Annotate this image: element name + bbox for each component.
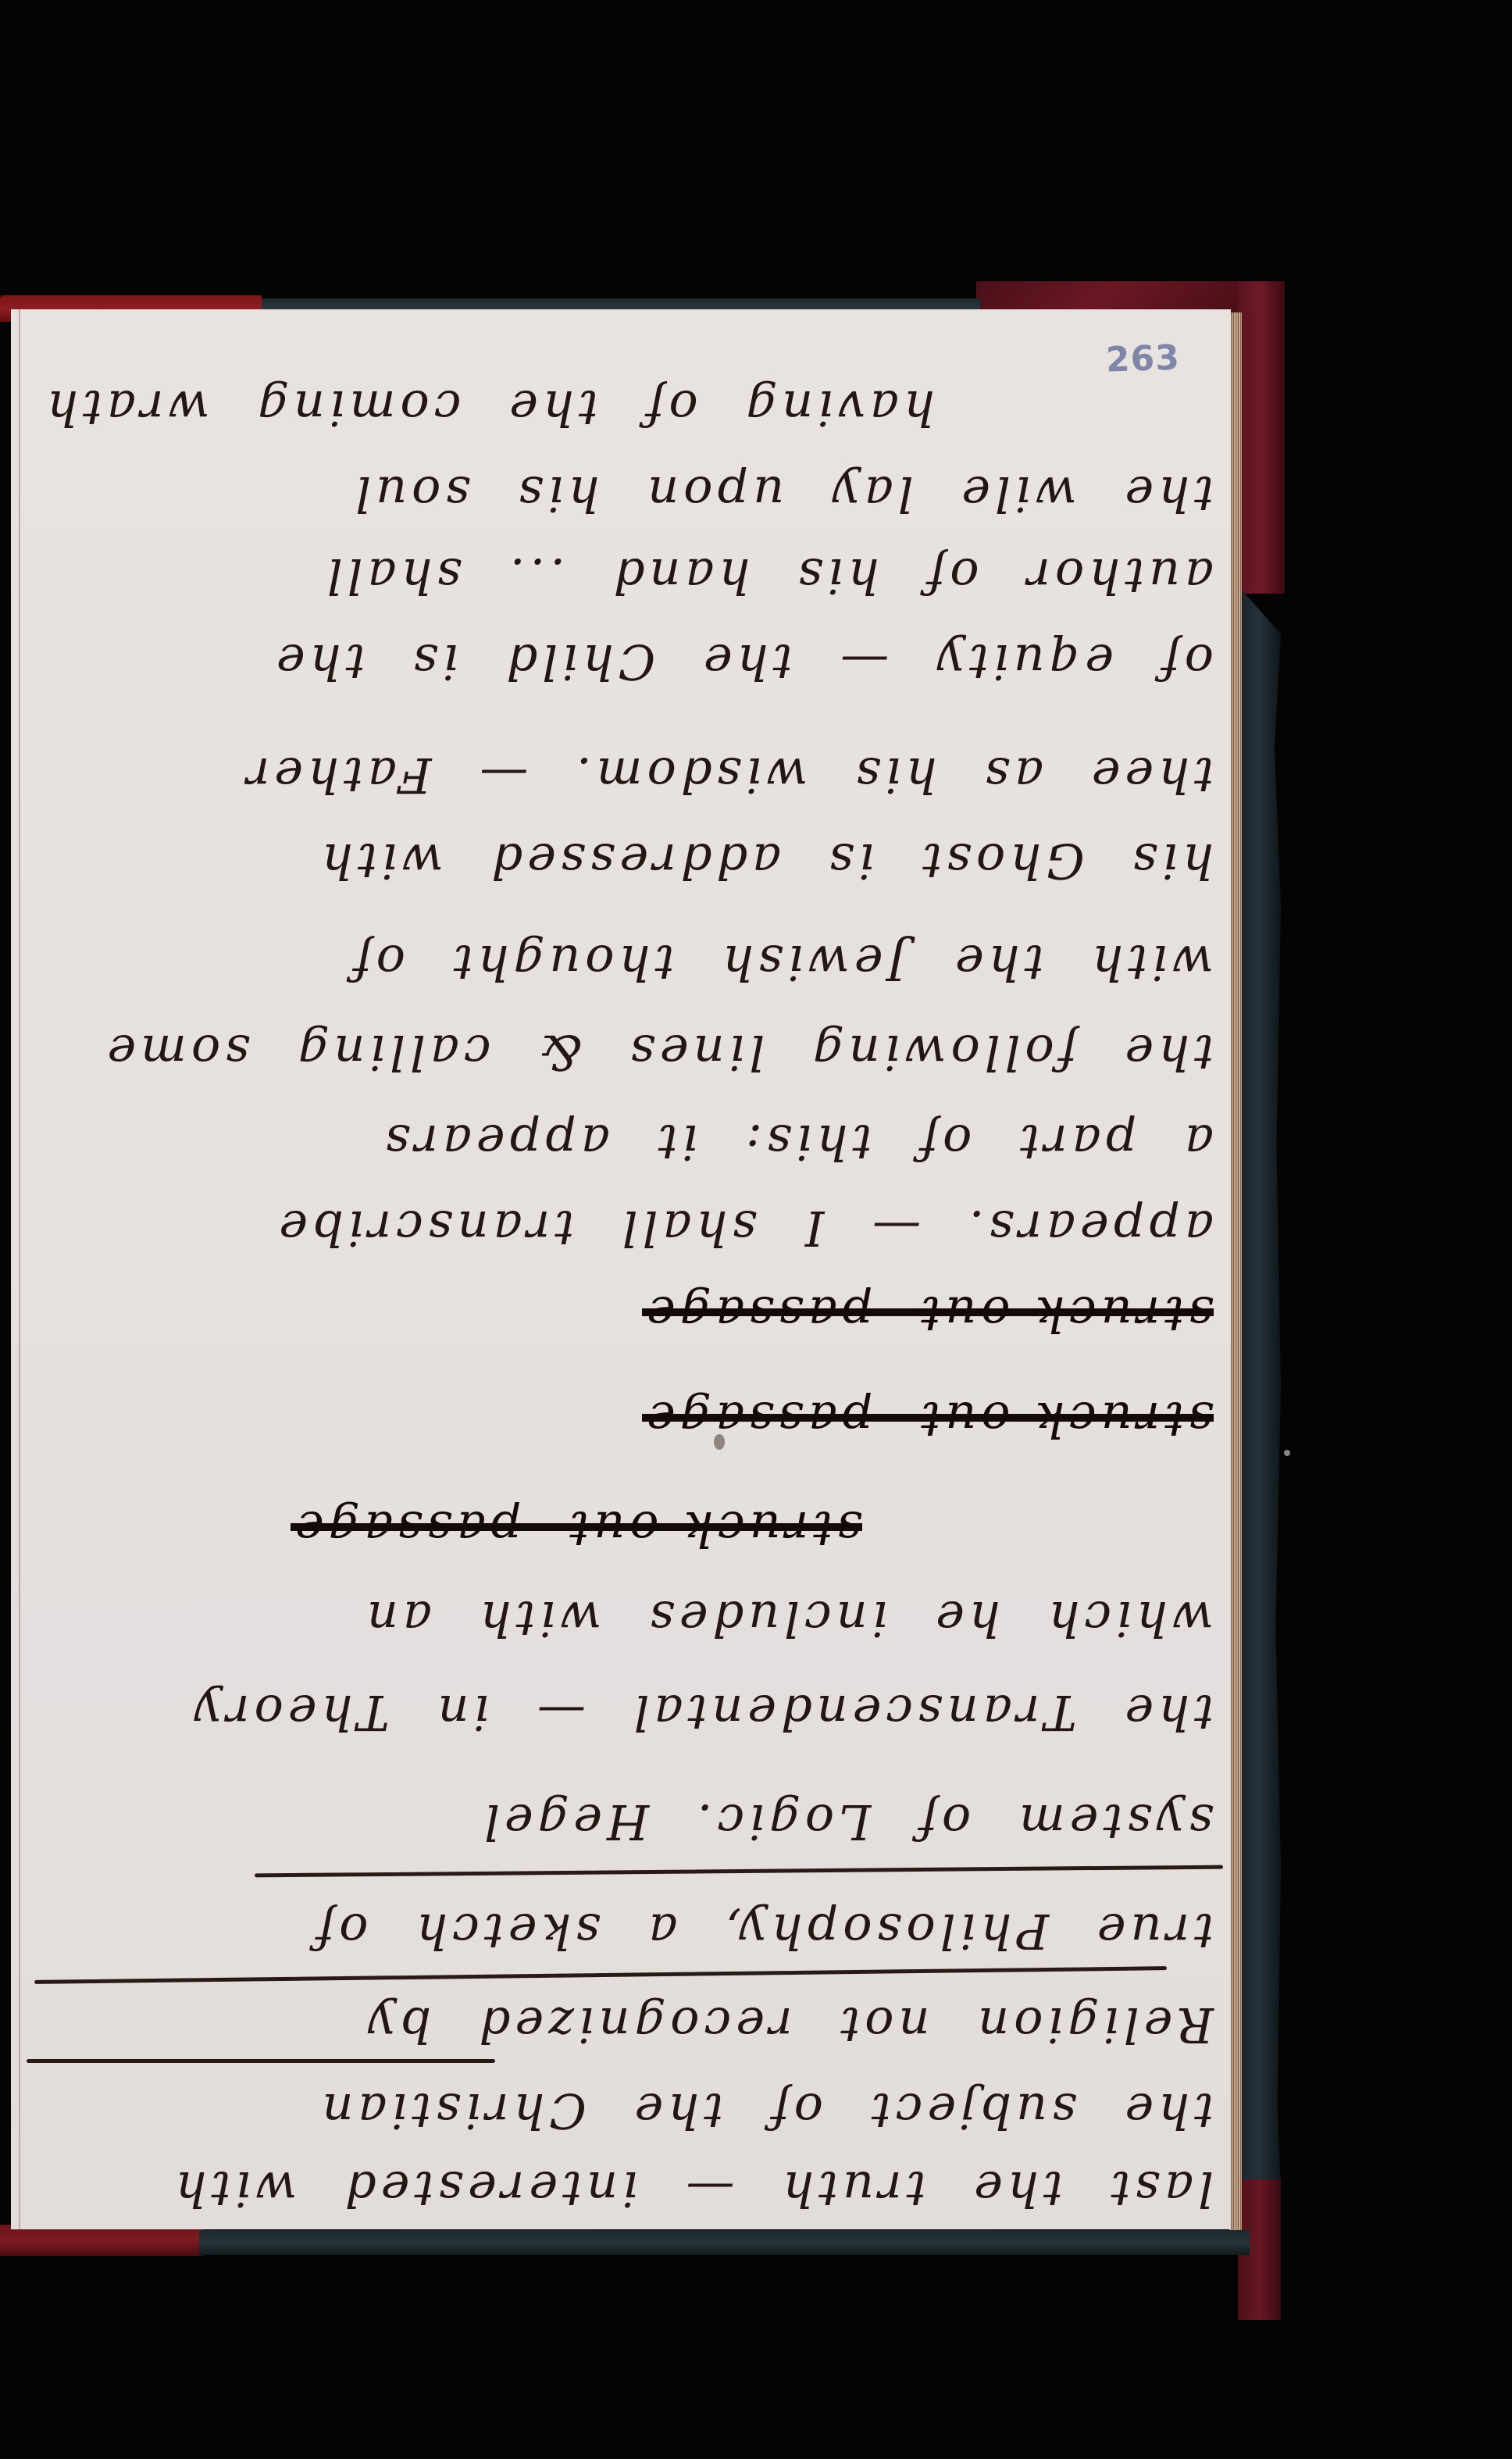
text-line: the following lines & calling some — [42, 1024, 1214, 1081]
binding-corner-bottom-left — [0, 2225, 203, 2256]
text-line: last the truth — interested with — [42, 2161, 1214, 2218]
struck-text-line: struck-out passage — [89, 1391, 1214, 1448]
struck-text-line: struck-out passage — [42, 1286, 1214, 1343]
text-line: having of the coming wrath — [42, 380, 1214, 437]
text-line: Religion not recognized by — [42, 1997, 1214, 2054]
text-line: the Transcendental — in Theory — [42, 1684, 1214, 1741]
text-line: the subject of the Christian — [42, 2082, 1214, 2140]
text-line: appears. — I shall transcribe — [42, 1200, 1214, 1257]
text-line: which he includes with an — [42, 1590, 1214, 1647]
text-line: a part of this: it appears — [42, 1114, 1214, 1171]
text-line: true Philosophy, a sketch of — [42, 1903, 1214, 1960]
gutter-line — [19, 309, 20, 2229]
text-line: of equity — the Child is the — [42, 633, 1214, 691]
text-line: the wile lay upon his soul — [42, 466, 1214, 523]
struck-text-line: struck-out passage — [42, 1501, 862, 1558]
text-line: author of his hand ... shall — [42, 548, 1214, 605]
text-line: system of Logic. Hegel — [42, 1793, 1214, 1850]
binding-spine-red-upper — [1238, 281, 1285, 594]
underline-rule — [27, 2059, 495, 2063]
binding-edge-right-marbled — [1238, 586, 1281, 2187]
handwritten-text: having of the coming wrath the wile lay … — [42, 309, 1214, 2229]
notebook: 263 having of the coming wrath the wile … — [0, 281, 1281, 2281]
manuscript-page: 263 having of the coming wrath the wile … — [11, 309, 1231, 2229]
text-line: thee as his wisdom. — Father — [42, 747, 1214, 804]
text-line: with the Jewish thought of — [42, 934, 1214, 991]
page-edges — [1229, 312, 1242, 2230]
text-line: his Ghost is addressed with — [42, 833, 1214, 890]
binding-edge-bottom-marbled — [199, 2230, 1250, 2255]
ink-blot — [1284, 1450, 1290, 1456]
